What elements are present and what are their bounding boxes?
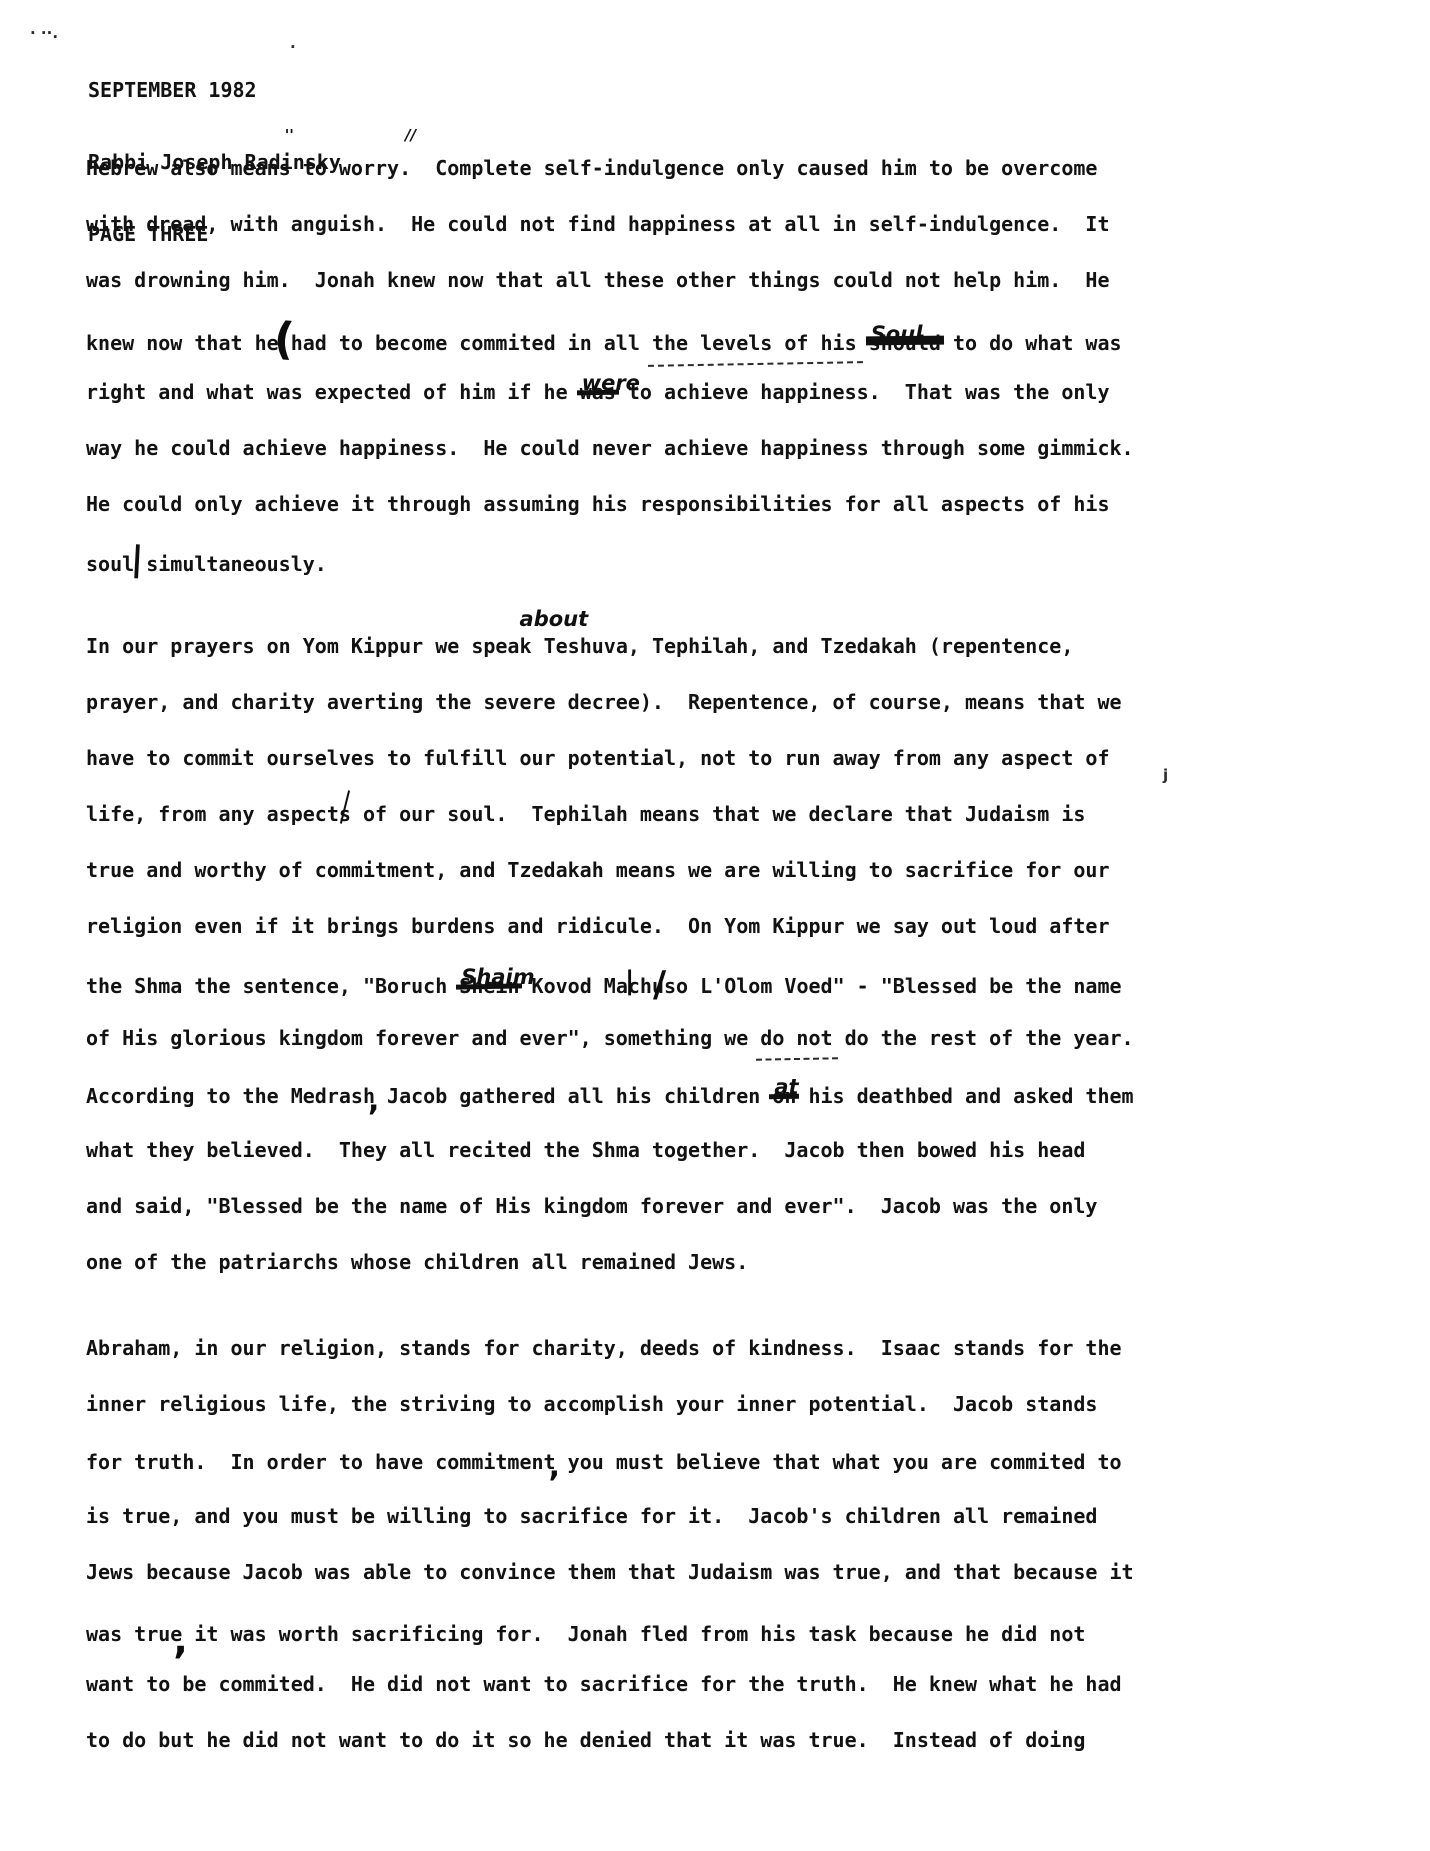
typed-line: was drowning him. Jonah knew now that al… [86, 252, 1386, 308]
pen-correction: waswere [580, 364, 616, 420]
typed-text: to do but he did not want to do it so he… [86, 1728, 1085, 1752]
typed-line: In our prayers on Yom Kippur we speakabo… [86, 618, 1386, 674]
handwritten-note: at [774, 1077, 798, 1097]
typed-line: way he could achieve happiness. He could… [86, 420, 1386, 476]
typed-text: it was worth sacrificing for. Jonah fled… [182, 1622, 1085, 1646]
handwritten-note: '' [285, 125, 294, 145]
typed-line: is true, and you must be willing to sacr… [86, 1488, 1386, 1544]
typed-text: is true, and you must be willing to sacr… [86, 1504, 1097, 1528]
typed-text: Jews because Jacob was able to convince … [86, 1560, 1134, 1584]
typed-line: religion even if it brings burdens and r… [86, 898, 1386, 954]
typed-text: Complete self-indulgence only caused him… [411, 156, 1097, 180]
typed-text: soul [86, 552, 134, 576]
typed-text: so L'Olom Voed" - "Blessed be the name [664, 974, 1122, 998]
typed-text: to worry. [291, 156, 411, 180]
pen-mark: | [130, 531, 133, 587]
typed-text: Jacob gathered all his children [375, 1084, 772, 1108]
typed-text: inner religious life, the striving to ac… [86, 1392, 1097, 1416]
handwritten-note: were [582, 373, 640, 393]
typed-text: religion even if it brings burdens and r… [86, 914, 1110, 938]
typed-line: what they believed. They all recited the… [86, 1122, 1386, 1178]
typed-line: life, from any aspects of our soul. Teph… [86, 786, 1386, 842]
typed-line: have to commit ourselves to fulfill our … [86, 730, 1386, 786]
typed-text: with dread, with anguish. He could not f… [86, 212, 1110, 236]
scan-artifact: · ··. [30, 24, 58, 42]
typed-line: prayer, and charity averting the severe … [86, 674, 1386, 730]
pen-underlined-text: the levels of his [652, 315, 857, 371]
pen-correction: onat [772, 1068, 796, 1124]
typed-text: Teshuva, Tephilah, and Tzedakah (repente… [532, 634, 1074, 658]
typed-text: and said, "Blessed be the name of His ki… [86, 1194, 1097, 1218]
paragraph: Abraham, in our religion, stands for cha… [86, 1320, 1386, 1768]
typed-line: one of the patriarchs whose children all… [86, 1234, 1386, 1290]
typed-text: to do what was [941, 331, 1122, 355]
pen-correction: SheinShaim [459, 958, 519, 1014]
typed-text: knew now that he [86, 331, 291, 355]
typed-line: According to the Medrash, Jacob gathered… [86, 1066, 1386, 1122]
handwritten-note: Shaim [461, 967, 534, 987]
typed-text: his deathbed and asked them [796, 1084, 1133, 1108]
typed-text: want to be commited. He did not want to … [86, 1672, 1122, 1696]
typed-text: life, from any aspect [86, 802, 339, 826]
typed-text: Kovod Ma [520, 974, 628, 998]
typed-text: do the rest of the year. [833, 1026, 1134, 1050]
typed-line: with dread, with anguish. He could not f… [86, 196, 1386, 252]
typed-line: want to be commited. He did not want to … [86, 1656, 1386, 1712]
typed-text: have to commit ourselves to fulfill our … [86, 746, 1110, 770]
typed-text: Abraham, in our religion, stands for cha… [86, 1336, 1122, 1360]
typed-text: was true [86, 1622, 182, 1646]
typed-line: was true, it was worth sacrificing for. … [86, 1600, 1386, 1656]
typed-line: and said, "Blessed be the name of His ki… [86, 1178, 1386, 1234]
typed-text: you must believe that what you are commi… [556, 1450, 1122, 1474]
typed-text: the Shma the sentence, "Boruch [86, 974, 459, 998]
typed-text: one of the patriarchs whose children all… [86, 1250, 748, 1274]
typed-line: for truth. In order to have commitment, … [86, 1432, 1386, 1488]
typed-line: the Shma the sentence, "Boruch SheinShai… [86, 954, 1386, 1010]
document-page: SEPTEMBER 1982 Rabbi Joseph Radinsky PAG… [0, 0, 1430, 1851]
typed-line: true and worthy of commitment, and Tzeda… [86, 842, 1386, 898]
typed-text: of His glorious kingdom forever and ever… [86, 1026, 760, 1050]
typed-text: way he could achieve happiness. He could… [86, 436, 1134, 460]
header-date: SEPTEMBER 1982 [88, 78, 341, 102]
typed-line: of His glorious kingdom forever and ever… [86, 1010, 1386, 1066]
typed-text: In our prayers on Yom Kippur we speak [86, 634, 532, 658]
typed-text: to achieve happiness. That was the only [616, 380, 1110, 404]
typed-text: simultaneously. [134, 552, 327, 576]
typed-line: Abraham, in our religion, stands for cha… [86, 1320, 1386, 1376]
typed-line: to do but he did not want to do it so he… [86, 1712, 1386, 1768]
handwritten-note: Soul [871, 324, 923, 344]
typed-line: soul| simultaneously. [86, 532, 1386, 588]
scan-artifact: j [1163, 766, 1168, 784]
typed-text: what they believed. They all recited the… [86, 1138, 1085, 1162]
typed-line: Hebrew also means'' to worry.// Complete… [86, 140, 1386, 196]
typed-text: was drowning him. Jonah knew now that al… [86, 268, 1110, 292]
typed-line: He could only achieve it through assumin… [86, 476, 1386, 532]
scan-artifact: · [290, 38, 296, 56]
typed-text: prayer, and charity averting the severe … [86, 690, 1122, 714]
handwritten-note: // [405, 125, 416, 145]
typed-text: He could only achieve it through assumin… [86, 492, 1110, 516]
handwritten-note: about [520, 609, 589, 629]
pen-underlined-text: do not [760, 1010, 832, 1066]
typed-text: had to become commited in all [291, 331, 652, 355]
typed-line: Jews because Jacob was able to convince … [86, 1544, 1386, 1600]
typed-text: right and what was expected of him if he [86, 380, 580, 404]
typed-text: for truth. In order to have commitment [86, 1450, 556, 1474]
pen-slashed-char: s [339, 786, 351, 842]
typed-line: knew now that he (had to become commited… [86, 308, 1386, 364]
paragraph: In our prayers on Yom Kippur we speakabo… [86, 618, 1386, 1290]
typed-text: true and worthy of commitment, and Tzeda… [86, 858, 1110, 882]
pen-correction: shouldSoul [869, 315, 941, 371]
typed-text: Hebrew also means [86, 156, 291, 180]
paragraphs: Hebrew also means'' to worry.// Complete… [86, 140, 1386, 1768]
typed-line: right and what was expected of him if he… [86, 364, 1386, 420]
typed-text: of our soul. Tephilah means that we decl… [351, 802, 1086, 826]
paragraph: Hebrew also means'' to worry.// Complete… [86, 140, 1386, 588]
typed-line: inner religious life, the striving to ac… [86, 1376, 1386, 1432]
typed-text: According to the Medrash [86, 1084, 375, 1108]
